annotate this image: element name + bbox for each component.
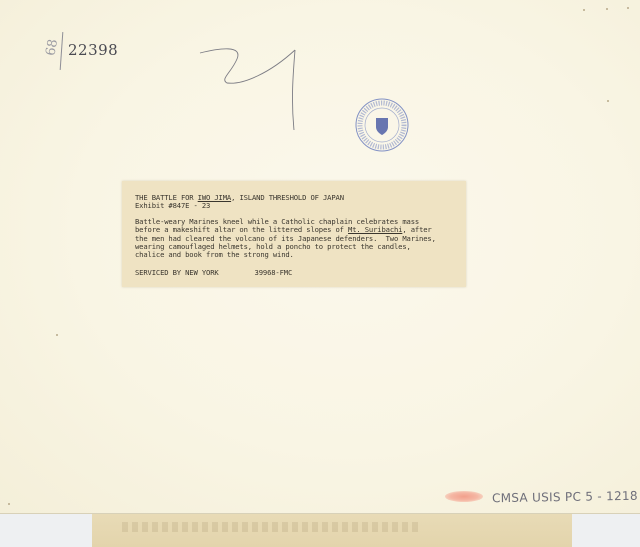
paper-speck <box>583 9 585 11</box>
margin-note: 68 <box>43 38 61 57</box>
crest-icon <box>376 118 388 135</box>
paper-speck <box>56 334 58 336</box>
caption-footer: SERVICED BY NEW YORK 39968-FMC <box>135 269 456 277</box>
pink-smudge <box>445 491 483 502</box>
caption-body-line: chalice and book from the strong wind. <box>135 251 456 259</box>
reference-code: CMSA USIS PC 5 - 1218 <box>492 489 638 506</box>
photo-back-paper: 68 22398 THE BATTLE FOR IWO JIMA, ISLAND… <box>0 0 640 514</box>
bleed-through-print <box>122 522 422 532</box>
serviced-by: SERVICED BY NEW YORK <box>135 269 219 277</box>
archive-number: 22398 <box>68 41 118 59</box>
caption-exhibit: Exhibit #847E - 23 <box>135 202 456 210</box>
photo-code: 39968-FMC <box>255 269 293 277</box>
caption-card: THE BATTLE FOR IWO JIMA, ISLAND THRESHOL… <box>122 181 466 287</box>
paper-speck <box>627 7 629 9</box>
pencil-mark-21 <box>195 45 305 145</box>
paper-speck <box>8 503 10 505</box>
official-stamp <box>354 97 410 153</box>
margin-rule <box>60 32 64 70</box>
paper-speck <box>606 8 608 10</box>
backing-paper-strip <box>92 514 572 547</box>
paper-speck <box>607 100 609 102</box>
